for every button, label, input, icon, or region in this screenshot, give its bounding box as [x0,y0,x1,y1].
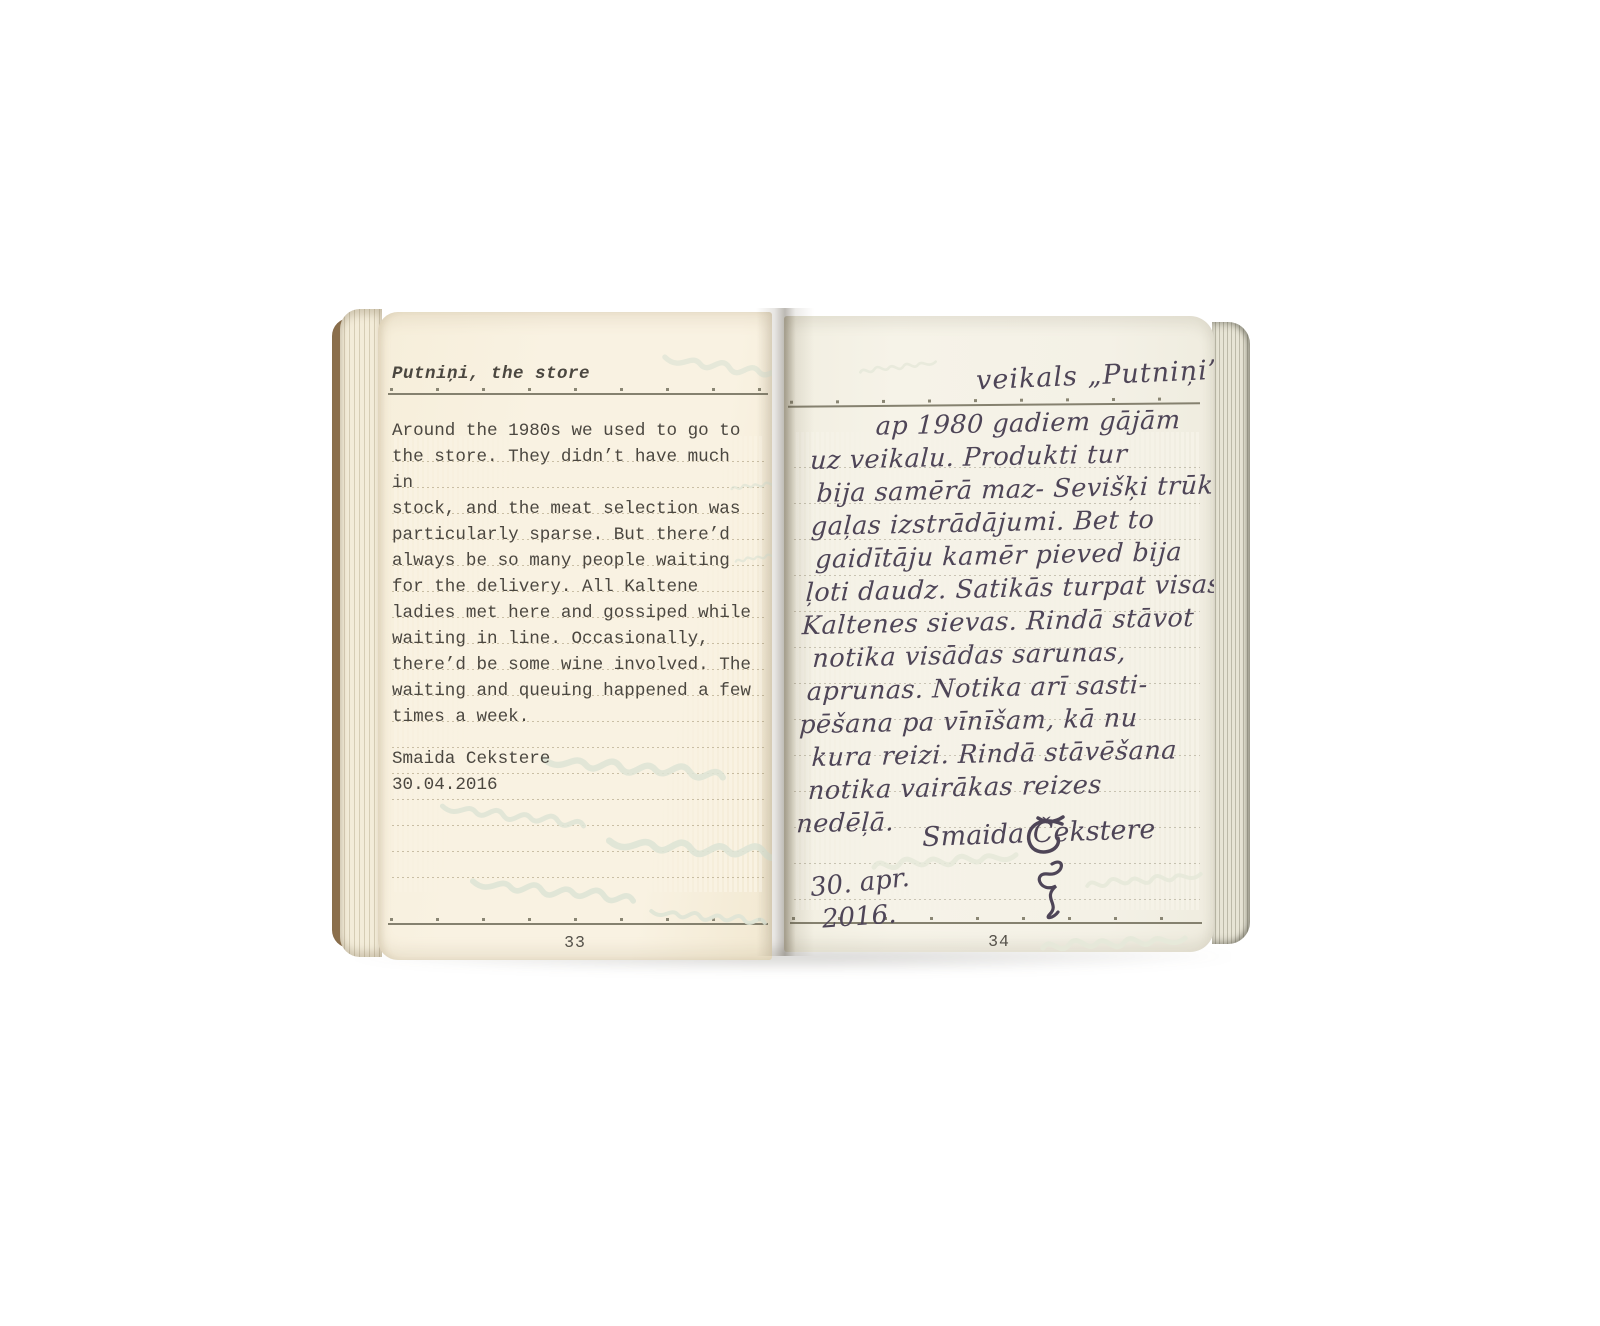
footer-rule [388,923,768,925]
signature-flourish [1016,812,1080,929]
left-page-title: Putniņi, the store [392,364,590,384]
ghost-handwriting [437,790,590,841]
page-stack-left [340,309,382,957]
right-page-title: veikals „Putniņi” [975,355,1214,397]
right-page-number: 34 [784,932,1214,951]
left-page-author: Smaida Cekstere [392,749,550,769]
header-rule [388,393,768,395]
ghost-handwriting [467,865,640,918]
ghost-handwriting [603,823,772,875]
ghost-handwriting [857,348,940,386]
left-page-date: 30.04.2016 [392,775,498,795]
handwritten-paragraph: ap 1980 gadiem gājām uz veikalu. Produkt… [792,404,1213,842]
right-page-date-day: 30. apr. [809,863,911,903]
left-page-number: 33 [378,933,772,952]
notebook: Putniņi, the store Around the 1980s we u… [332,304,1250,964]
right-page-date-year: 2016. [821,899,897,934]
handwriting-line: ap 1980 gadiem gājām [875,404,1213,444]
ghost-handwriting [537,741,729,794]
left-page-paragraph: Around the 1980s we used to go to the st… [392,418,758,730]
left-page: Putniņi, the store Around the 1980s we u… [378,312,772,960]
photo-of-notebook: Putniņi, the store Around the 1980s we u… [0,0,1600,1326]
right-page: veikals „Putniņi” ap 1980 gadiem gājām u… [784,316,1214,952]
ghost-handwriting [647,896,769,938]
ghost-handwriting [1083,860,1205,900]
page-stack-right [1212,322,1250,944]
